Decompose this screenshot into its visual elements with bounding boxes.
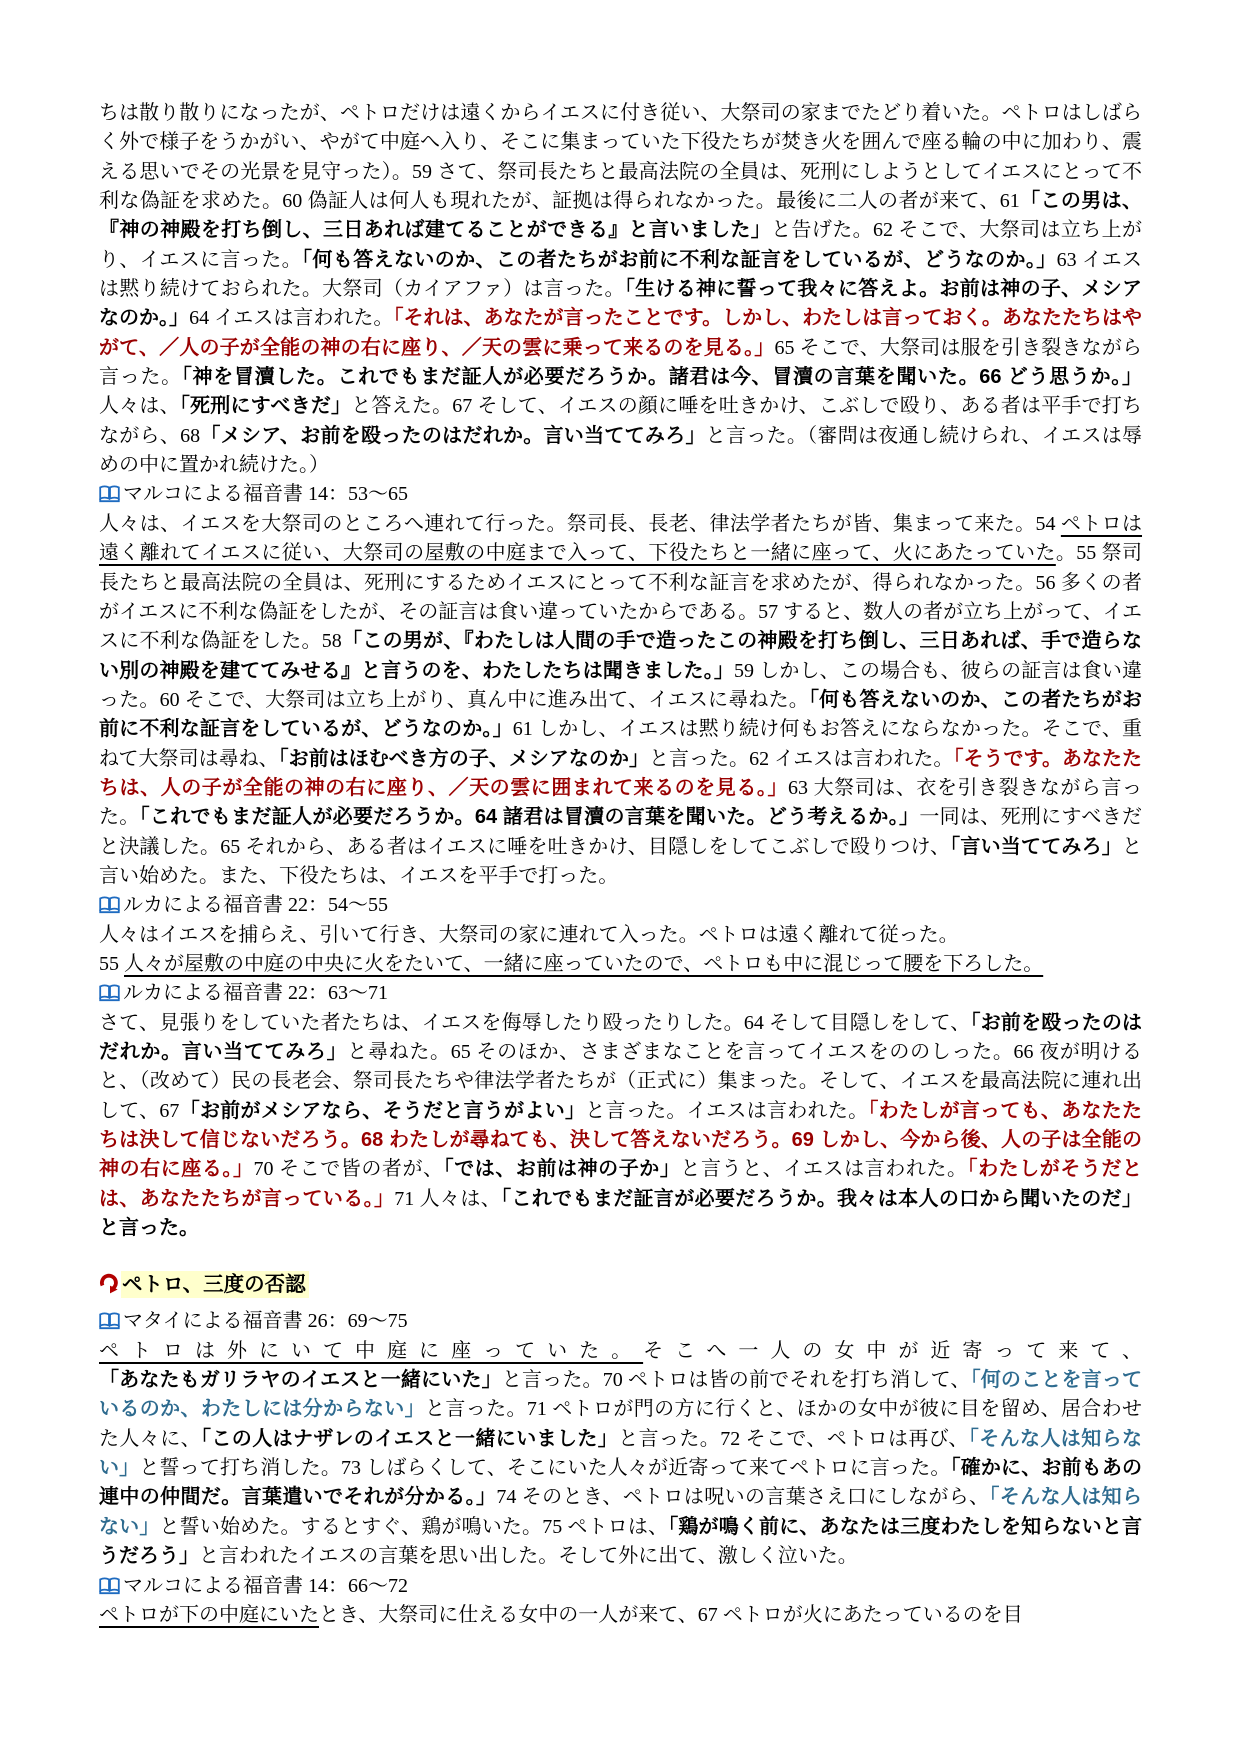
text-run: 「これでもまだ証人が必要だろうか。64 諸君は冒瀆の言葉を聞いた。どう考えるか。…	[140, 806, 920, 828]
paragraph: ペトロが下の中庭にいたとき、大祭司に仕える女中の一人が来て、67 ペトロが火にあ…	[99, 1601, 1142, 1630]
paragraph: 人々はイエスを捕らえ、引いて行き、大祭司の家に連れて入った。ペトロは遠く離れて従…	[99, 921, 1142, 950]
paragraph: ちは散り散りになったが、ペトロだけは遠くからイエスに付き従い、大祭司の家までたど…	[99, 99, 1142, 480]
text-run: 74 そのとき、ペトロは呪いの言葉さえ口にしながら、	[496, 1486, 989, 1508]
paragraph: 人々は、イエスを大祭司のところへ連れて行った。祭司長、長老、律法学者たちが皆、集…	[99, 510, 1142, 891]
text-run: 人々は、イエスを大祭司のところへ連れて行った。祭司長、長老、律法学者たちが皆、集…	[99, 513, 1061, 535]
text-run: 「お前はほむべき方の子、メシアなのか」	[279, 748, 649, 770]
text-run: 「お前がメシアなら、そうだと言うがよい」	[179, 1100, 585, 1122]
scripture-reference: マルコによる福音書 14：66～72	[99, 1572, 1142, 1601]
text-run: と言った。70 ペトロは皆の前でそれを打ち消して、	[502, 1369, 971, 1391]
text-run: 「この人はナザレのイエスと一緒にいました」	[201, 1428, 618, 1450]
open-book-icon	[99, 480, 120, 509]
reference-text: ルカによる福音書 22：63～71	[123, 982, 388, 1004]
text-run: ペトロが下の中庭にいた	[99, 1604, 319, 1626]
text-run: 人々が屋敷の中庭の中央に火をたいて、一緒に座っていたので、ペトロも中に混じって腰…	[124, 953, 1043, 975]
section-heading-label: ペトロ、三度の否認	[121, 1271, 309, 1298]
text-run: 「死刑にすべきだ」	[180, 395, 351, 417]
text-run: 人々はイエスを捕らえ、引いて行き、大祭司の家に連れて入った。ペトロは遠く離れて従…	[99, 924, 959, 946]
text-run: 「何も答えないのか、この者たちがお前に不利な証言をしているが、どうなのか。」	[302, 249, 1057, 271]
text-run: と誓い始めた。するとすぐ、鶏が鳴いた。75 ペトロは、	[160, 1516, 669, 1538]
text-run: と言った。62 イエスは言われた。	[649, 748, 953, 770]
text-run: 「神を冒瀆した。これでもまだ証人が必要だろうか。諸君は今、冒瀆の言葉を聞いた。6…	[182, 366, 1142, 388]
reference-text: マタイによる福音書 26：69～75	[123, 1310, 408, 1332]
text-run: 71 人々は、	[394, 1188, 501, 1210]
text-run: と言うと、イエスは言われた。	[680, 1158, 967, 1180]
text-run: 70 そこで皆の者が、	[254, 1158, 444, 1180]
reference-text: マルコによる福音書 14：66～72	[123, 1575, 408, 1597]
open-book-icon	[99, 1307, 120, 1336]
open-book-icon	[99, 891, 120, 920]
scripture-reference: ルカによる福音書 22：63～71	[99, 979, 1142, 1008]
open-book-icon	[99, 1572, 120, 1601]
text-run: 「あなたもガリラヤのイエスと一緒にいた」	[99, 1369, 502, 1391]
scripture-reference: マルコによる福音書 14：53～65	[99, 480, 1142, 509]
text-run: さて、見張りをしていた者たちは、イエスを侮辱したり殴ったりした。64 そして目隠…	[99, 1012, 971, 1034]
text-run: 「では、お前は神の子か」	[444, 1158, 681, 1180]
text-run: と言われたイエスの言葉を思い出した。そして外に出て、激しく泣いた。	[199, 1545, 858, 1567]
text-run: と言った。72 そこで、ペトロは再び、	[618, 1428, 969, 1450]
curved-arrow-icon	[99, 1270, 120, 1300]
text-run: と言った。イエスは言われた。	[585, 1100, 868, 1122]
open-book-icon	[99, 979, 120, 1008]
text-run: そこへ一人の女中が近寄って来て、	[643, 1340, 1142, 1362]
text-run: 「メシア、お前を殴ったのはだれか。言い当ててみろ」	[200, 425, 706, 447]
text-run: 「言い当ててみろ」	[950, 836, 1122, 858]
text-run: 55	[99, 953, 124, 975]
text-run: とき、大祭司に仕える女中の一人が来て、67 ペトロが火にあたっているのを目	[319, 1604, 1023, 1626]
document-body: ちは散り散りになったが、ペトロだけは遠くからイエスに付き従い、大祭司の家までたど…	[0, 0, 1240, 1755]
text-run: 人々は、	[99, 395, 180, 417]
paragraph: ペトロは外にいて中庭に座っていた。そこへ一人の女中が近寄って来て、「あなたもガリ…	[99, 1337, 1142, 1572]
text-run: と誓って打ち消した。73 しばらくして、そこにいた人々が近寄って来てペトロに言っ…	[139, 1457, 950, 1479]
section-heading: ペトロ、三度の否認	[99, 1270, 1142, 1300]
scripture-reference: ルカによる福音書 22：54～55	[99, 891, 1142, 920]
text-run: ちは散り散りになったが、ペトロだけは遠くからイエスに付き従い、大祭司の家までたど…	[99, 102, 1142, 212]
reference-text: ルカによる福音書 22：54～55	[123, 894, 388, 916]
paragraph: さて、見張りをしていた者たちは、イエスを侮辱したり殴ったりした。64 そして目隠…	[99, 1009, 1142, 1244]
scripture-reference: マタイによる福音書 26：69～75	[99, 1307, 1142, 1336]
text-run: ペトロは外にいて中庭に座っていた。	[99, 1340, 643, 1362]
paragraph: 55 人々が屋敷の中庭の中央に火をたいて、一緒に座っていたので、ペトロも中に混じ…	[99, 950, 1142, 979]
text-run: 64 イエスは言われた。	[189, 307, 393, 329]
reference-text: マルコによる福音書 14：53～65	[123, 483, 408, 505]
